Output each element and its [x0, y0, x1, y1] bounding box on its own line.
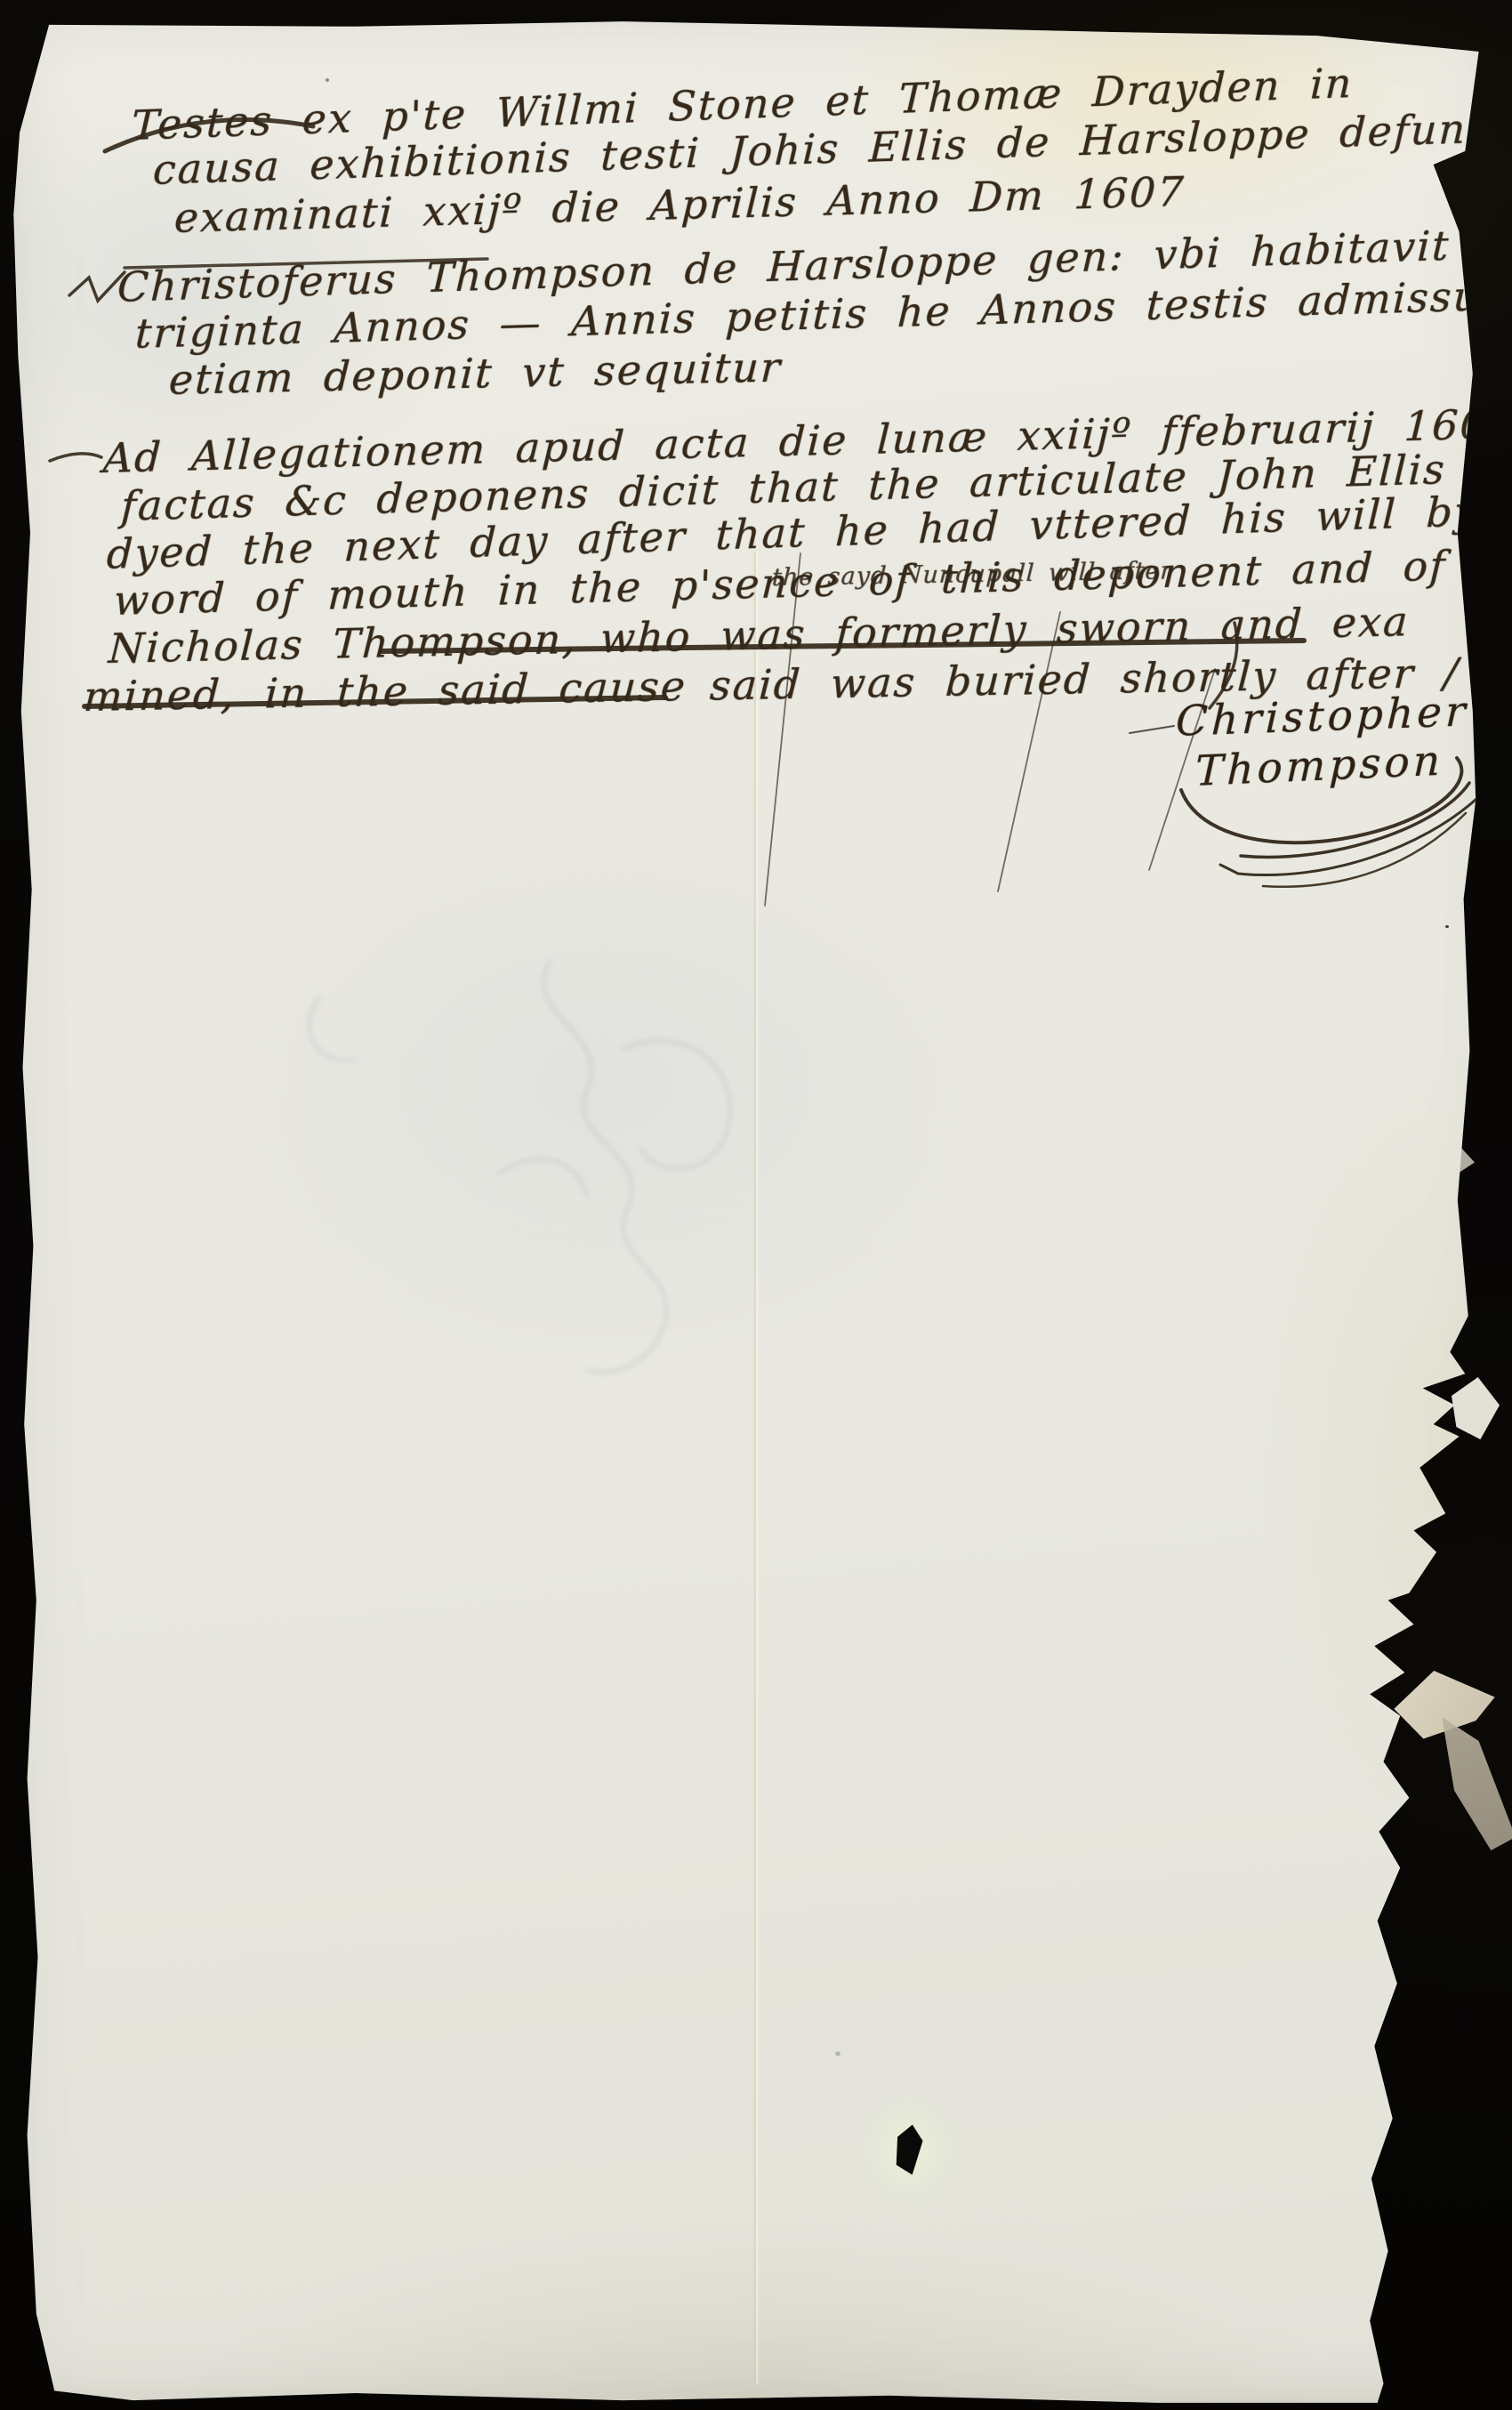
vertical-fold-crease	[752, 552, 760, 2384]
line-text: Nicholas Thompson,	[108, 615, 579, 673]
photograph-backdrop: Testes ex p'te Willmi Stone et Thomæ Dra…	[0, 0, 1512, 2410]
margin-dash	[50, 454, 101, 461]
signature-flourish	[1263, 813, 1466, 887]
signature-flourish	[1220, 799, 1476, 875]
watermark-showthrough	[310, 959, 730, 1373]
signature-flourish	[1241, 783, 1469, 857]
torn-paper-fragment	[1434, 1717, 1512, 1850]
torn-paper-fragment	[1452, 1377, 1500, 1439]
manuscript-page: Testes ex p'te Willmi Stone et Thomæ Dra…	[0, 0, 1512, 2410]
struck-text: mined, in the said cause	[83, 662, 688, 721]
ink-speck	[326, 78, 329, 82]
signature-dash	[1130, 726, 1174, 733]
signature-given-name: Christopher	[1175, 690, 1469, 743]
interlineation: the sayd Nuncupall will after	[771, 559, 1173, 590]
signature-surname: Thompson	[1194, 740, 1444, 793]
manuscript-line: etiam deponit vt sequitur	[168, 347, 783, 400]
ink-speck	[1445, 925, 1449, 928]
word-gap	[576, 652, 599, 653]
pen-hairline	[998, 612, 1060, 891]
ink-speck	[835, 2051, 840, 2056]
